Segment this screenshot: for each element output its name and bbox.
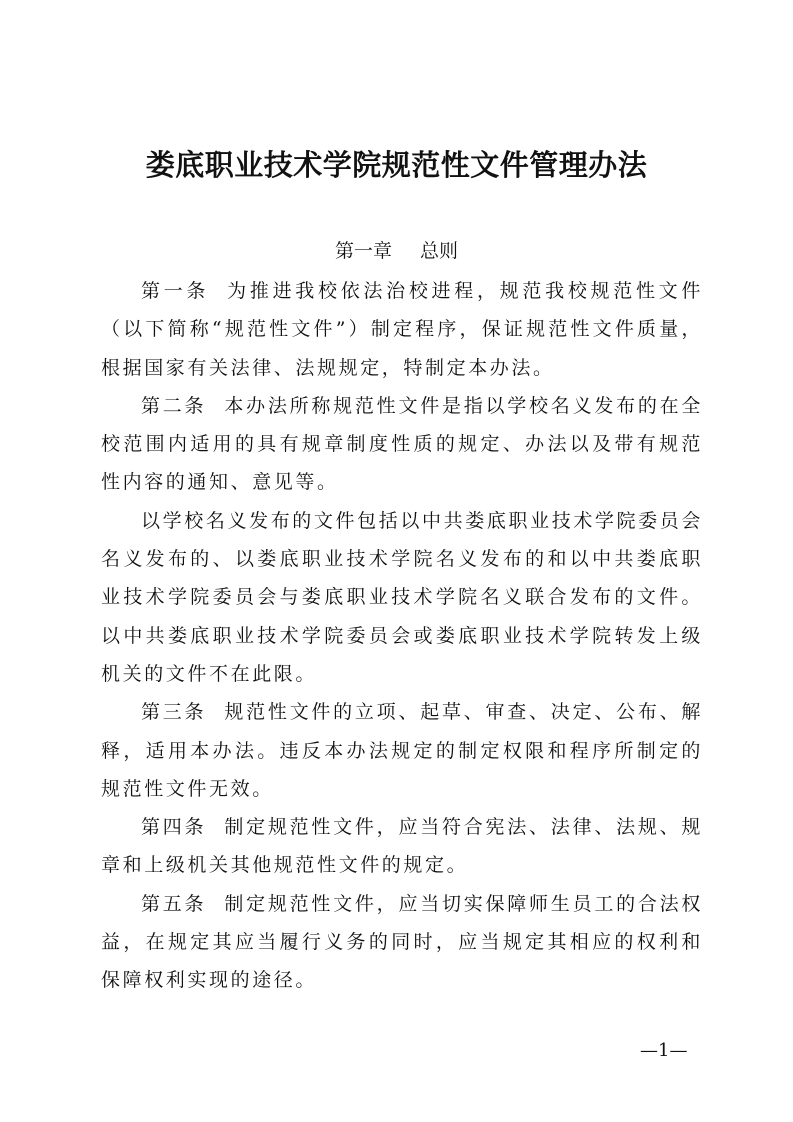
chapter-number: 第一章 [335,240,392,262]
article-4: 第四条制定规范性文件，应当符合宪法、法律、法规、规章和上级机关其他规范性文件的规… [101,808,703,885]
article-2: 第二条本办法所称规范性文件是指以学校名义发布的在全校范围内适用的具有规章制度性质… [101,387,703,502]
article-1: 第一条为推进我校依法治校进程，规范我校规范性文件（以下简称“规范性文件”）制定程… [101,272,703,387]
chapter-heading: 第一章总则 [0,236,793,263]
article-label: 第二条 [141,395,206,417]
article-label: 第四条 [141,816,206,838]
article-label: 第五条 [141,893,206,915]
document-body: 第一条为推进我校依法治校进程，规范我校规范性文件（以下简称“规范性文件”）制定程… [101,272,703,1000]
document-page: 娄底职业技术学院规范性文件管理办法 第一章总则 第一条为推进我校依法治校进程，规… [0,0,793,1122]
article-label: 第一条 [141,280,209,302]
page-number: —1— [640,1040,687,1061]
chapter-name: 总则 [420,240,458,262]
article-5: 第五条制定规范性文件，应当切实保障师生员工的合法权益，在规定其应当履行义务的同时… [101,885,703,1000]
article-label: 第三条 [141,701,206,723]
document-title: 娄底职业技术学院规范性文件管理办法 [0,143,793,184]
article-text: 以学校名义发布的文件包括以中共娄底职业技术学院委员会名义发布的、以娄底职业技术学… [101,510,703,685]
article-2-continuation: 以学校名义发布的文件包括以中共娄底职业技术学院委员会名义发布的、以娄底职业技术学… [101,502,703,693]
article-3: 第三条规范性文件的立项、起草、审查、决定、公布、解释，适用本办法。违反本办法规定… [101,693,703,808]
